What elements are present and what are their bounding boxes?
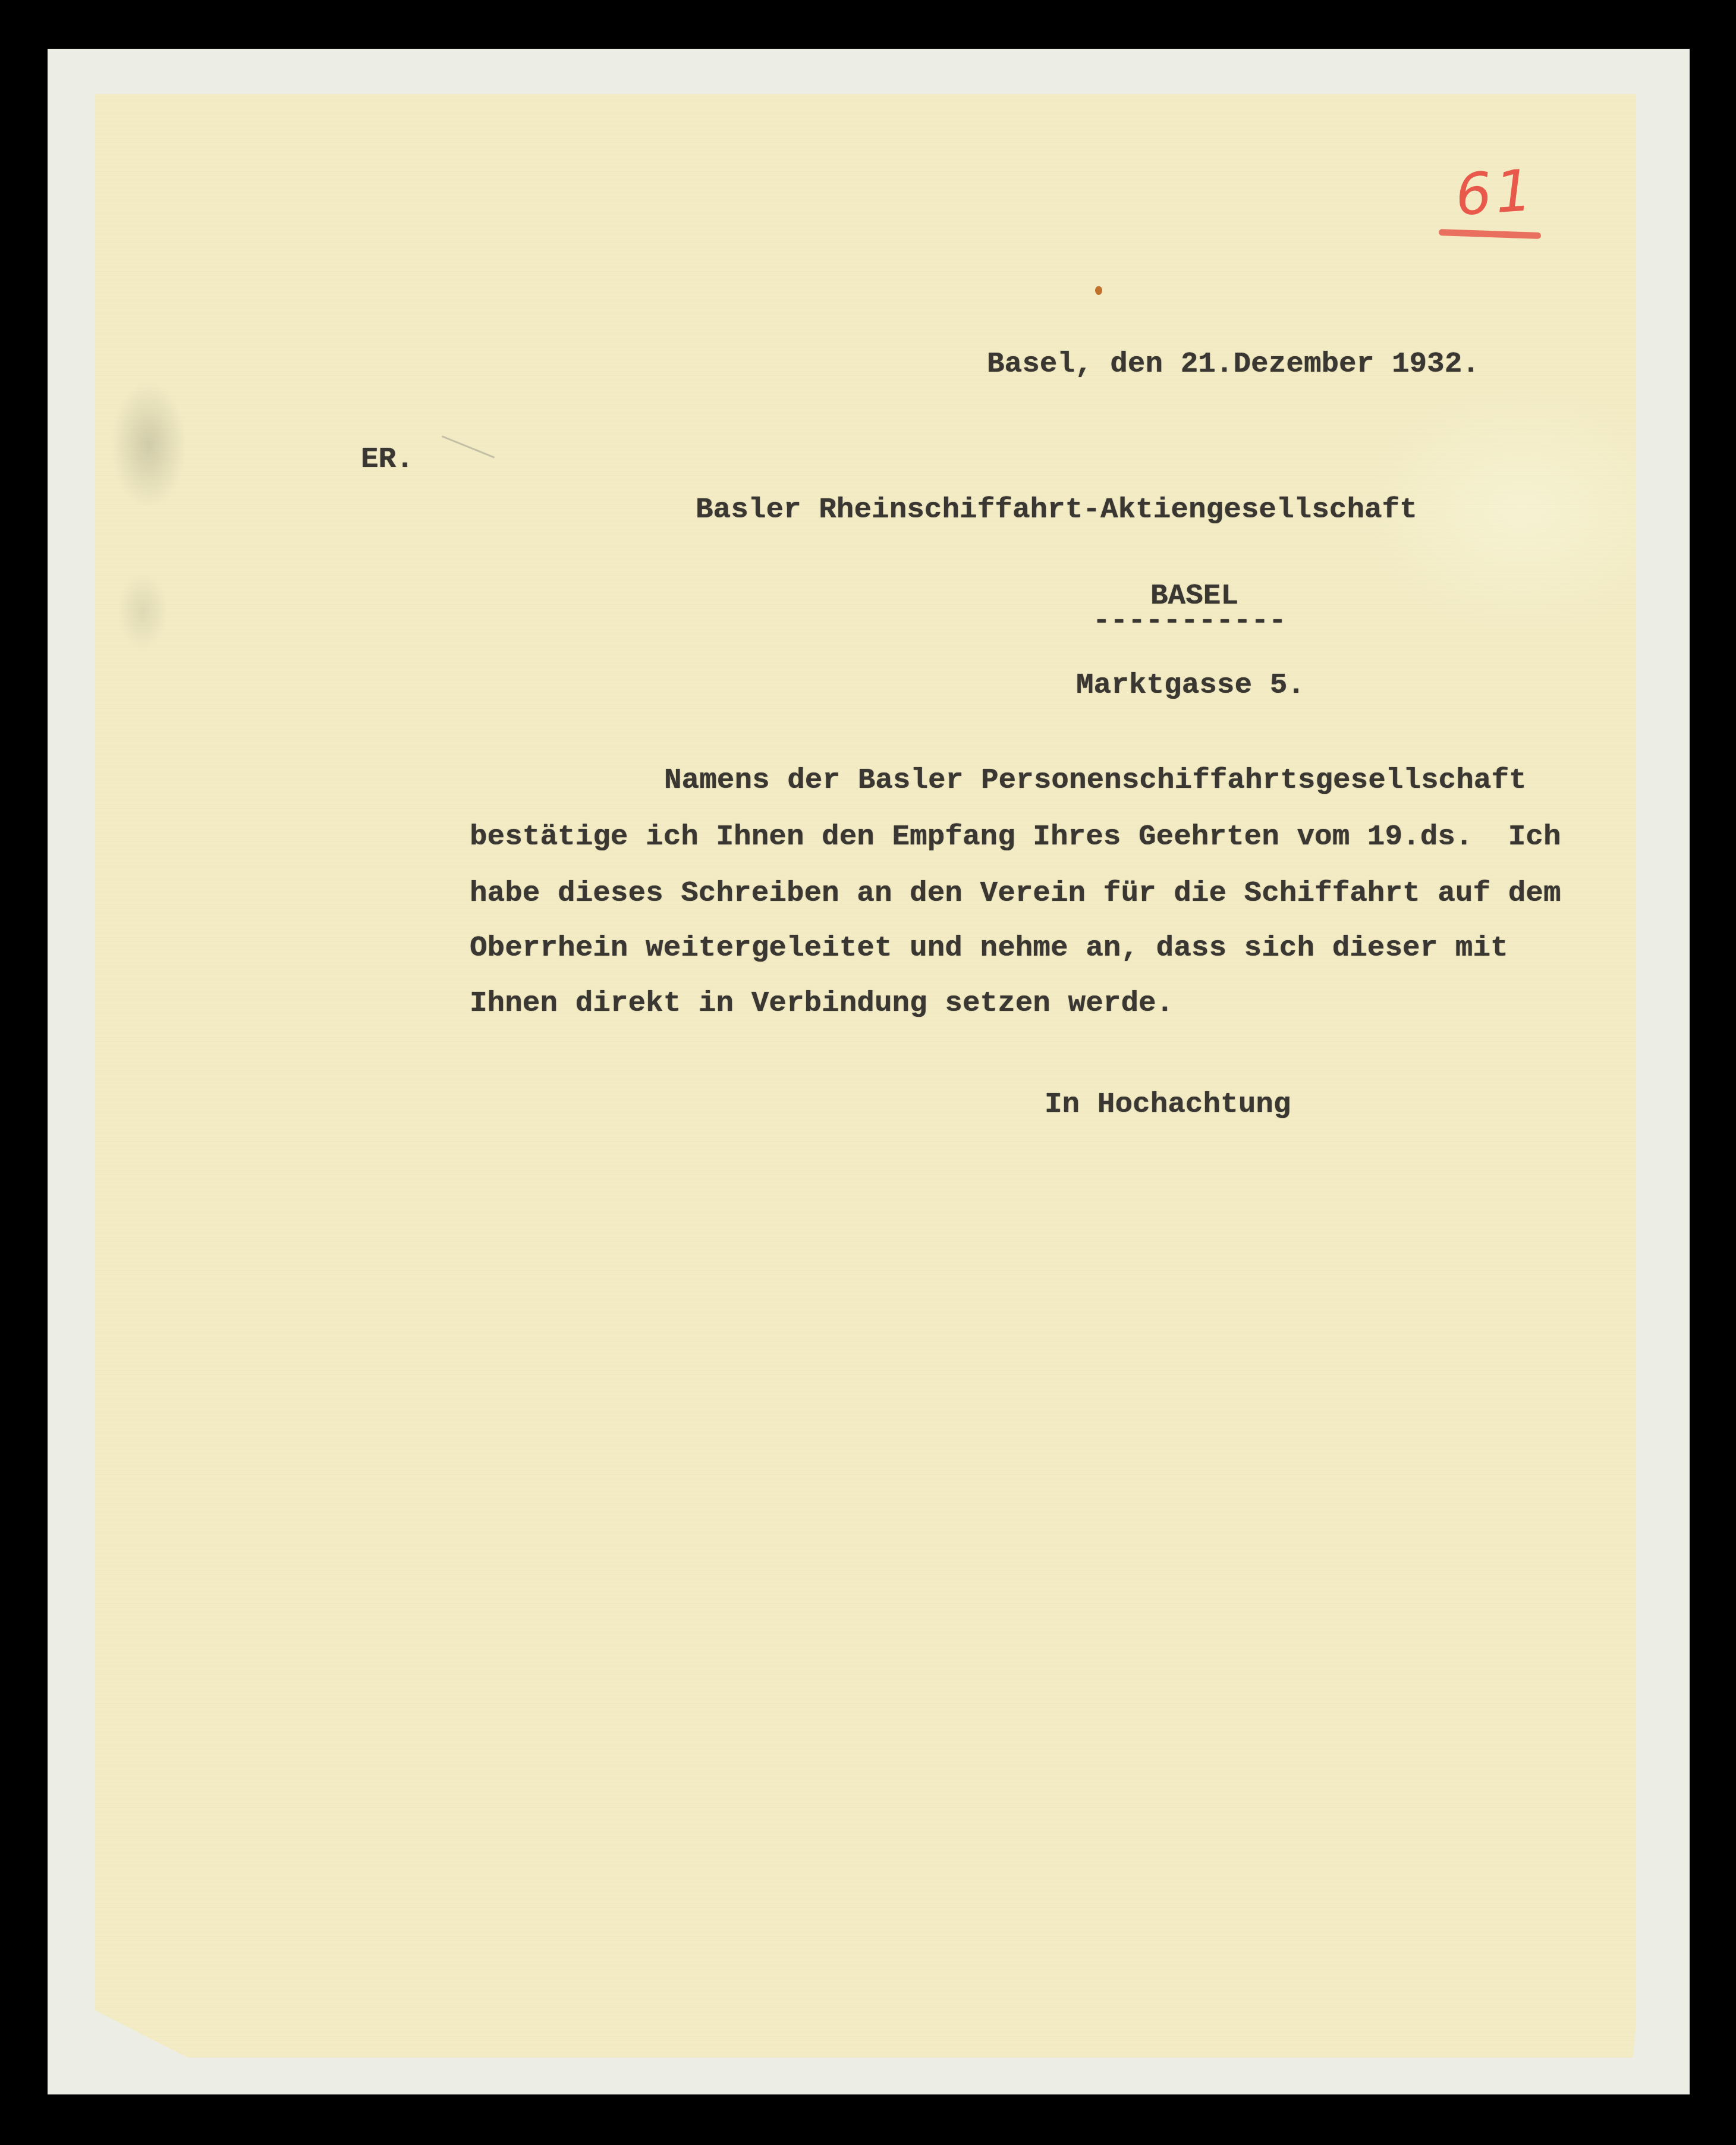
recipient-name: Basler Rheinschiffahrt-Aktiengesellschaf…	[696, 495, 1417, 525]
body-line-2: bestätige ich Ihnen den Empfang Ihres Ge…	[470, 822, 1561, 852]
date-line: Basel, den 21.Dezember 1932.	[987, 350, 1480, 379]
reference-initials: ER.	[361, 445, 414, 474]
recipient-street: Marktgasse 5.	[1076, 671, 1305, 700]
closing-salutation: In Hochachtung	[1045, 1090, 1291, 1119]
ink-stain	[1095, 286, 1102, 295]
body-line-4: Oberrhein weitergeleitet und nehme an, d…	[470, 934, 1508, 963]
body-line-1: Namens der Basler Personenschiffahrtsges…	[664, 766, 1527, 795]
body-line-3: habe dieses Schreiben an den Verein für …	[470, 879, 1561, 908]
folio-number: 61	[1453, 156, 1537, 228]
body-line-5: Ihnen direkt in Verbindung setzen werde.	[470, 989, 1174, 1018]
letter-page	[95, 94, 1636, 2058]
recipient-city-underline: -----------	[1093, 607, 1287, 636]
